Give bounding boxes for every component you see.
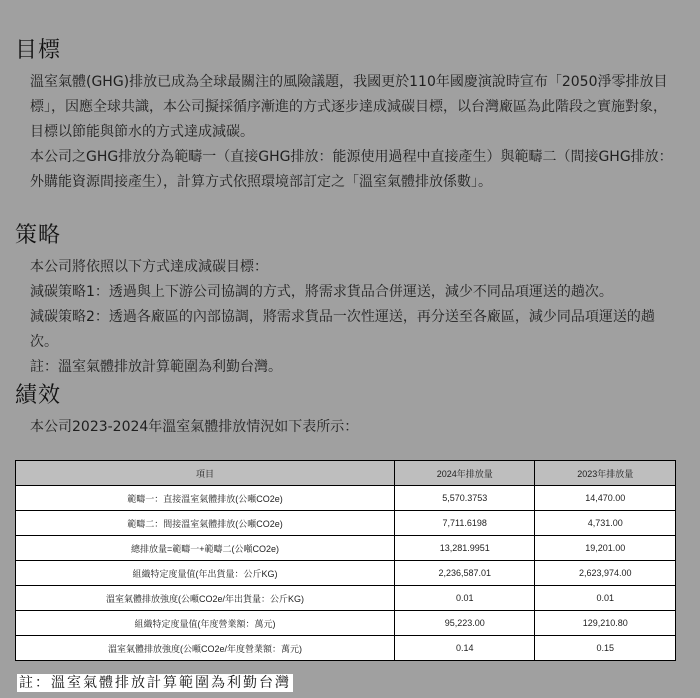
goal-heading: 目標 xyxy=(15,33,61,64)
table-row: 總排放量=範疇一+範疇二(公噸CO2e) 13,281.9951 19,201.… xyxy=(16,536,676,561)
row-label: 溫室氣體排放強度(公噸CO2e/年度營業額：萬元) xyxy=(16,636,395,661)
value-2023: 19,201.00 xyxy=(535,536,676,561)
header-item: 項目 xyxy=(16,461,395,486)
table-row: 溫室氣體排放強度(公噸CO2e/年度營業額：萬元) 0.14 0.15 xyxy=(16,636,676,661)
strategy-item-2: 減碳策略2：透過各廠區的內部協調，將需求貨品一次性運送，再分送至各廠區，減少同品… xyxy=(30,305,680,355)
value-2023: 0.01 xyxy=(535,586,676,611)
row-label: 組織特定度量值(年度營業額：萬元) xyxy=(16,611,395,636)
table-row: 組織特定度量值(年度營業額：萬元) 95,223.00 129,210.80 xyxy=(16,611,676,636)
strategy-body: 本公司將依照以下方式達成減碳目標： 減碳策略1：透過與上下游公司協調的方式，將需… xyxy=(30,255,680,380)
value-2024: 95,223.00 xyxy=(394,611,535,636)
row-label: 組織特定度量值(年出貨量：公斤KG) xyxy=(16,561,395,586)
scope-note-image: 註：溫室氣體排放計算範圍為利勤台灣 xyxy=(17,674,293,692)
table-header-row: 項目 2024年排放量 2023年排放量 xyxy=(16,461,676,486)
goal-paragraph-1: 溫室氣體(GHG)排放已成為全球最關注的風險議題，我國更於110年國慶演說時宣布… xyxy=(30,70,680,145)
value-2024: 0.14 xyxy=(394,636,535,661)
value-2024: 7,711.6198 xyxy=(394,511,535,536)
strategy-intro: 本公司將依照以下方式達成減碳目標： xyxy=(30,255,680,280)
value-2023: 14,470.00 xyxy=(535,486,676,511)
table-row: 組織特定度量值(年出貨量：公斤KG) 2,236,587.01 2,623,97… xyxy=(16,561,676,586)
row-label: 範疇一：直接溫室氣體排放(公噸CO2e) xyxy=(16,486,395,511)
goal-paragraph-2: 本公司之GHG排放分為範疇一（直接GHG排放：能源使用過程中直接產生）與範疇二（… xyxy=(30,145,680,195)
value-2023: 0.15 xyxy=(535,636,676,661)
value-2023: 129,210.80 xyxy=(535,611,676,636)
value-2024: 13,281.9951 xyxy=(394,536,535,561)
performance-body: 本公司2023-2024年溫室氣體排放情況如下表所示： xyxy=(30,415,680,440)
strategy-note: 註：溫室氣體排放計算範圍為利勤台灣。 xyxy=(30,355,680,380)
header-2024: 2024年排放量 xyxy=(394,461,535,486)
table-row: 溫室氣體排放強度(公噸CO2e/年出貨量：公斤KG) 0.01 0.01 xyxy=(16,586,676,611)
value-2023: 2,623,974.00 xyxy=(535,561,676,586)
goal-body: 溫室氣體(GHG)排放已成為全球最關注的風險議題，我國更於110年國慶演說時宣布… xyxy=(30,70,680,195)
value-2024: 5,570.3753 xyxy=(394,486,535,511)
value-2024: 0.01 xyxy=(394,586,535,611)
performance-heading: 績效 xyxy=(15,378,61,409)
value-2023: 4,731.00 xyxy=(535,511,676,536)
row-label: 總排放量=範疇一+範疇二(公噸CO2e) xyxy=(16,536,395,561)
row-label: 範疇二：間接溫室氣體排放(公噸CO2e) xyxy=(16,511,395,536)
table-row: 範疇一：直接溫室氣體排放(公噸CO2e) 5,570.3753 14,470.0… xyxy=(16,486,676,511)
strategy-heading: 策略 xyxy=(15,218,61,249)
strategy-item-1: 減碳策略1：透過與上下游公司協調的方式，將需求貨品合併運送，減少不同品項運送的趟… xyxy=(30,280,680,305)
ghg-emissions-table: 項目 2024年排放量 2023年排放量 範疇一：直接溫室氣體排放(公噸CO2e… xyxy=(15,460,676,661)
value-2024: 2,236,587.01 xyxy=(394,561,535,586)
header-2023: 2023年排放量 xyxy=(535,461,676,486)
performance-intro: 本公司2023-2024年溫室氣體排放情況如下表所示： xyxy=(30,415,680,440)
row-label: 溫室氣體排放強度(公噸CO2e/年出貨量：公斤KG) xyxy=(16,586,395,611)
table-row: 範疇二：間接溫室氣體排放(公噸CO2e) 7,711.6198 4,731.00 xyxy=(16,511,676,536)
